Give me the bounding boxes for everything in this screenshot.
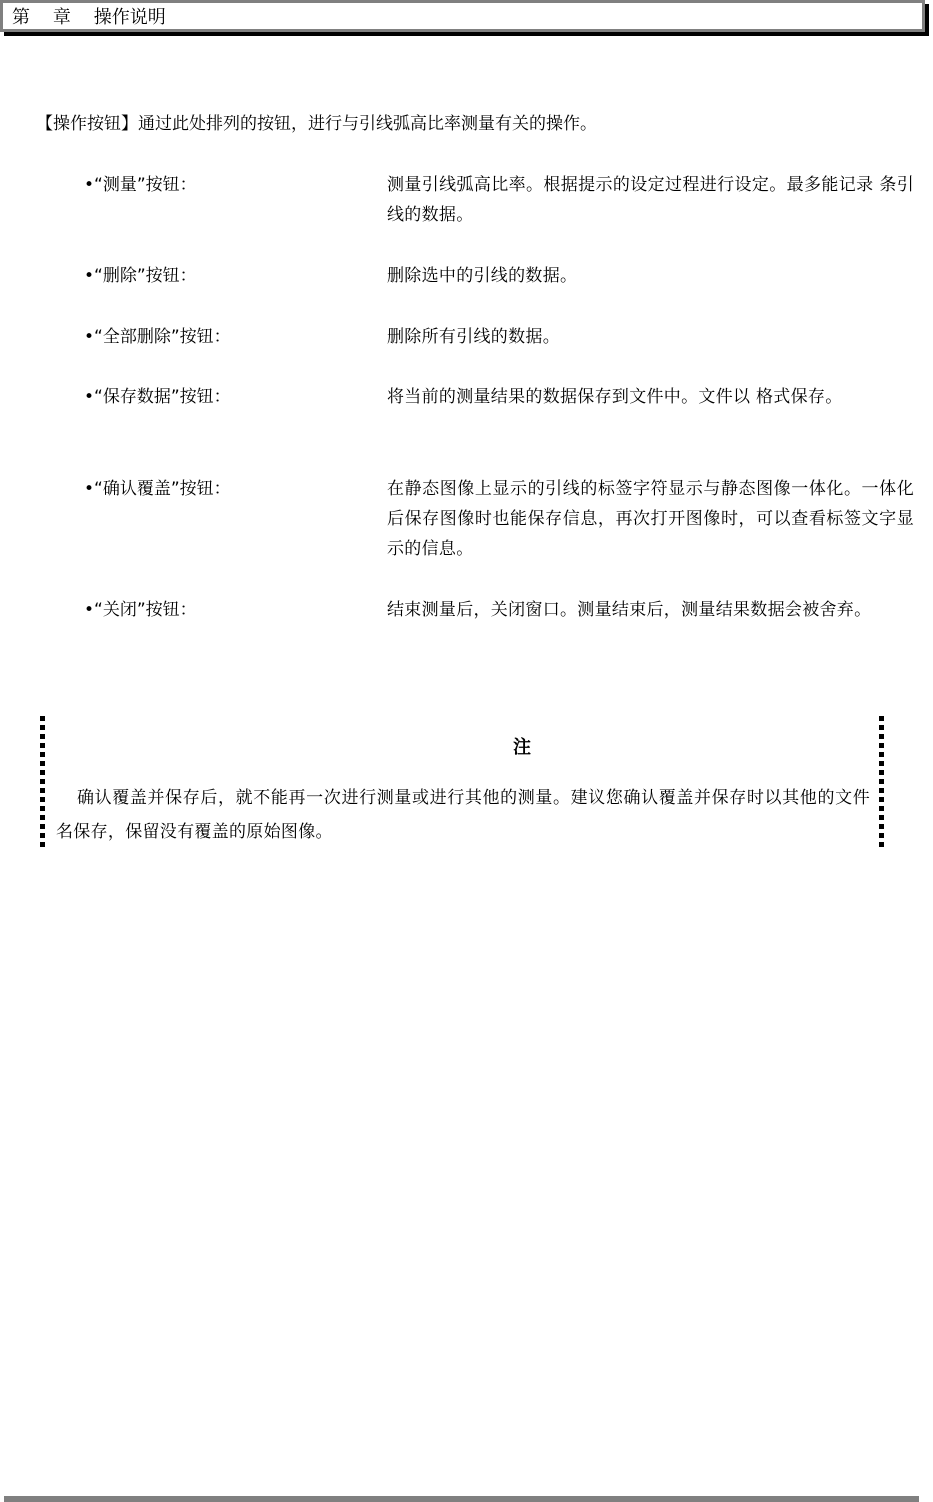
button-description: 删除所有引线的数据。	[387, 322, 914, 352]
notice-body: 确认覆盖并保存后，就不能再一次进行测量或进行其他的测量。建议您确认覆盖并保存时以…	[56, 781, 870, 849]
button-label: •“保存数据”按钮：	[84, 382, 231, 412]
button-description: 将当前的测量结果的数据保存到文件中。文件以 格式保存。	[387, 382, 914, 412]
button-label: •“删除”按钮：	[84, 261, 197, 291]
footer-divider	[4, 1496, 919, 1502]
chapter-header: 第 章 操作说明	[0, 0, 925, 32]
button-label: •“全部删除”按钮：	[84, 322, 231, 352]
button-description: 在静态图像上显示的引线的标签字符显示与静态图像一体化。一体化后保存图像时也能保存…	[387, 474, 914, 564]
notice-box: 注 确认覆盖并保存后，就不能再一次进行测量或进行其他的测量。建议您确认覆盖并保存…	[40, 716, 884, 850]
notice-heading: 注	[40, 736, 884, 760]
intro-text: 【操作按钮】通过此处排列的按钮，进行与引线弧高比率测量有关的操作。	[36, 113, 597, 135]
button-label: •“确认覆盖”按钮：	[84, 474, 231, 504]
button-description: 结束测量后，关闭窗口。测量结束后，测量结果数据会被舍弃。	[387, 595, 914, 625]
chapter-title: 第 章 操作说明	[12, 8, 166, 28]
button-label: •“测量”按钮：	[84, 170, 197, 200]
button-description: 删除选中的引线的数据。	[387, 261, 914, 291]
button-label: •“关闭”按钮：	[84, 595, 197, 625]
button-description: 测量引线弧高比率。根据提示的设定过程进行设定。最多能记录 条引线的数据。	[387, 170, 914, 230]
